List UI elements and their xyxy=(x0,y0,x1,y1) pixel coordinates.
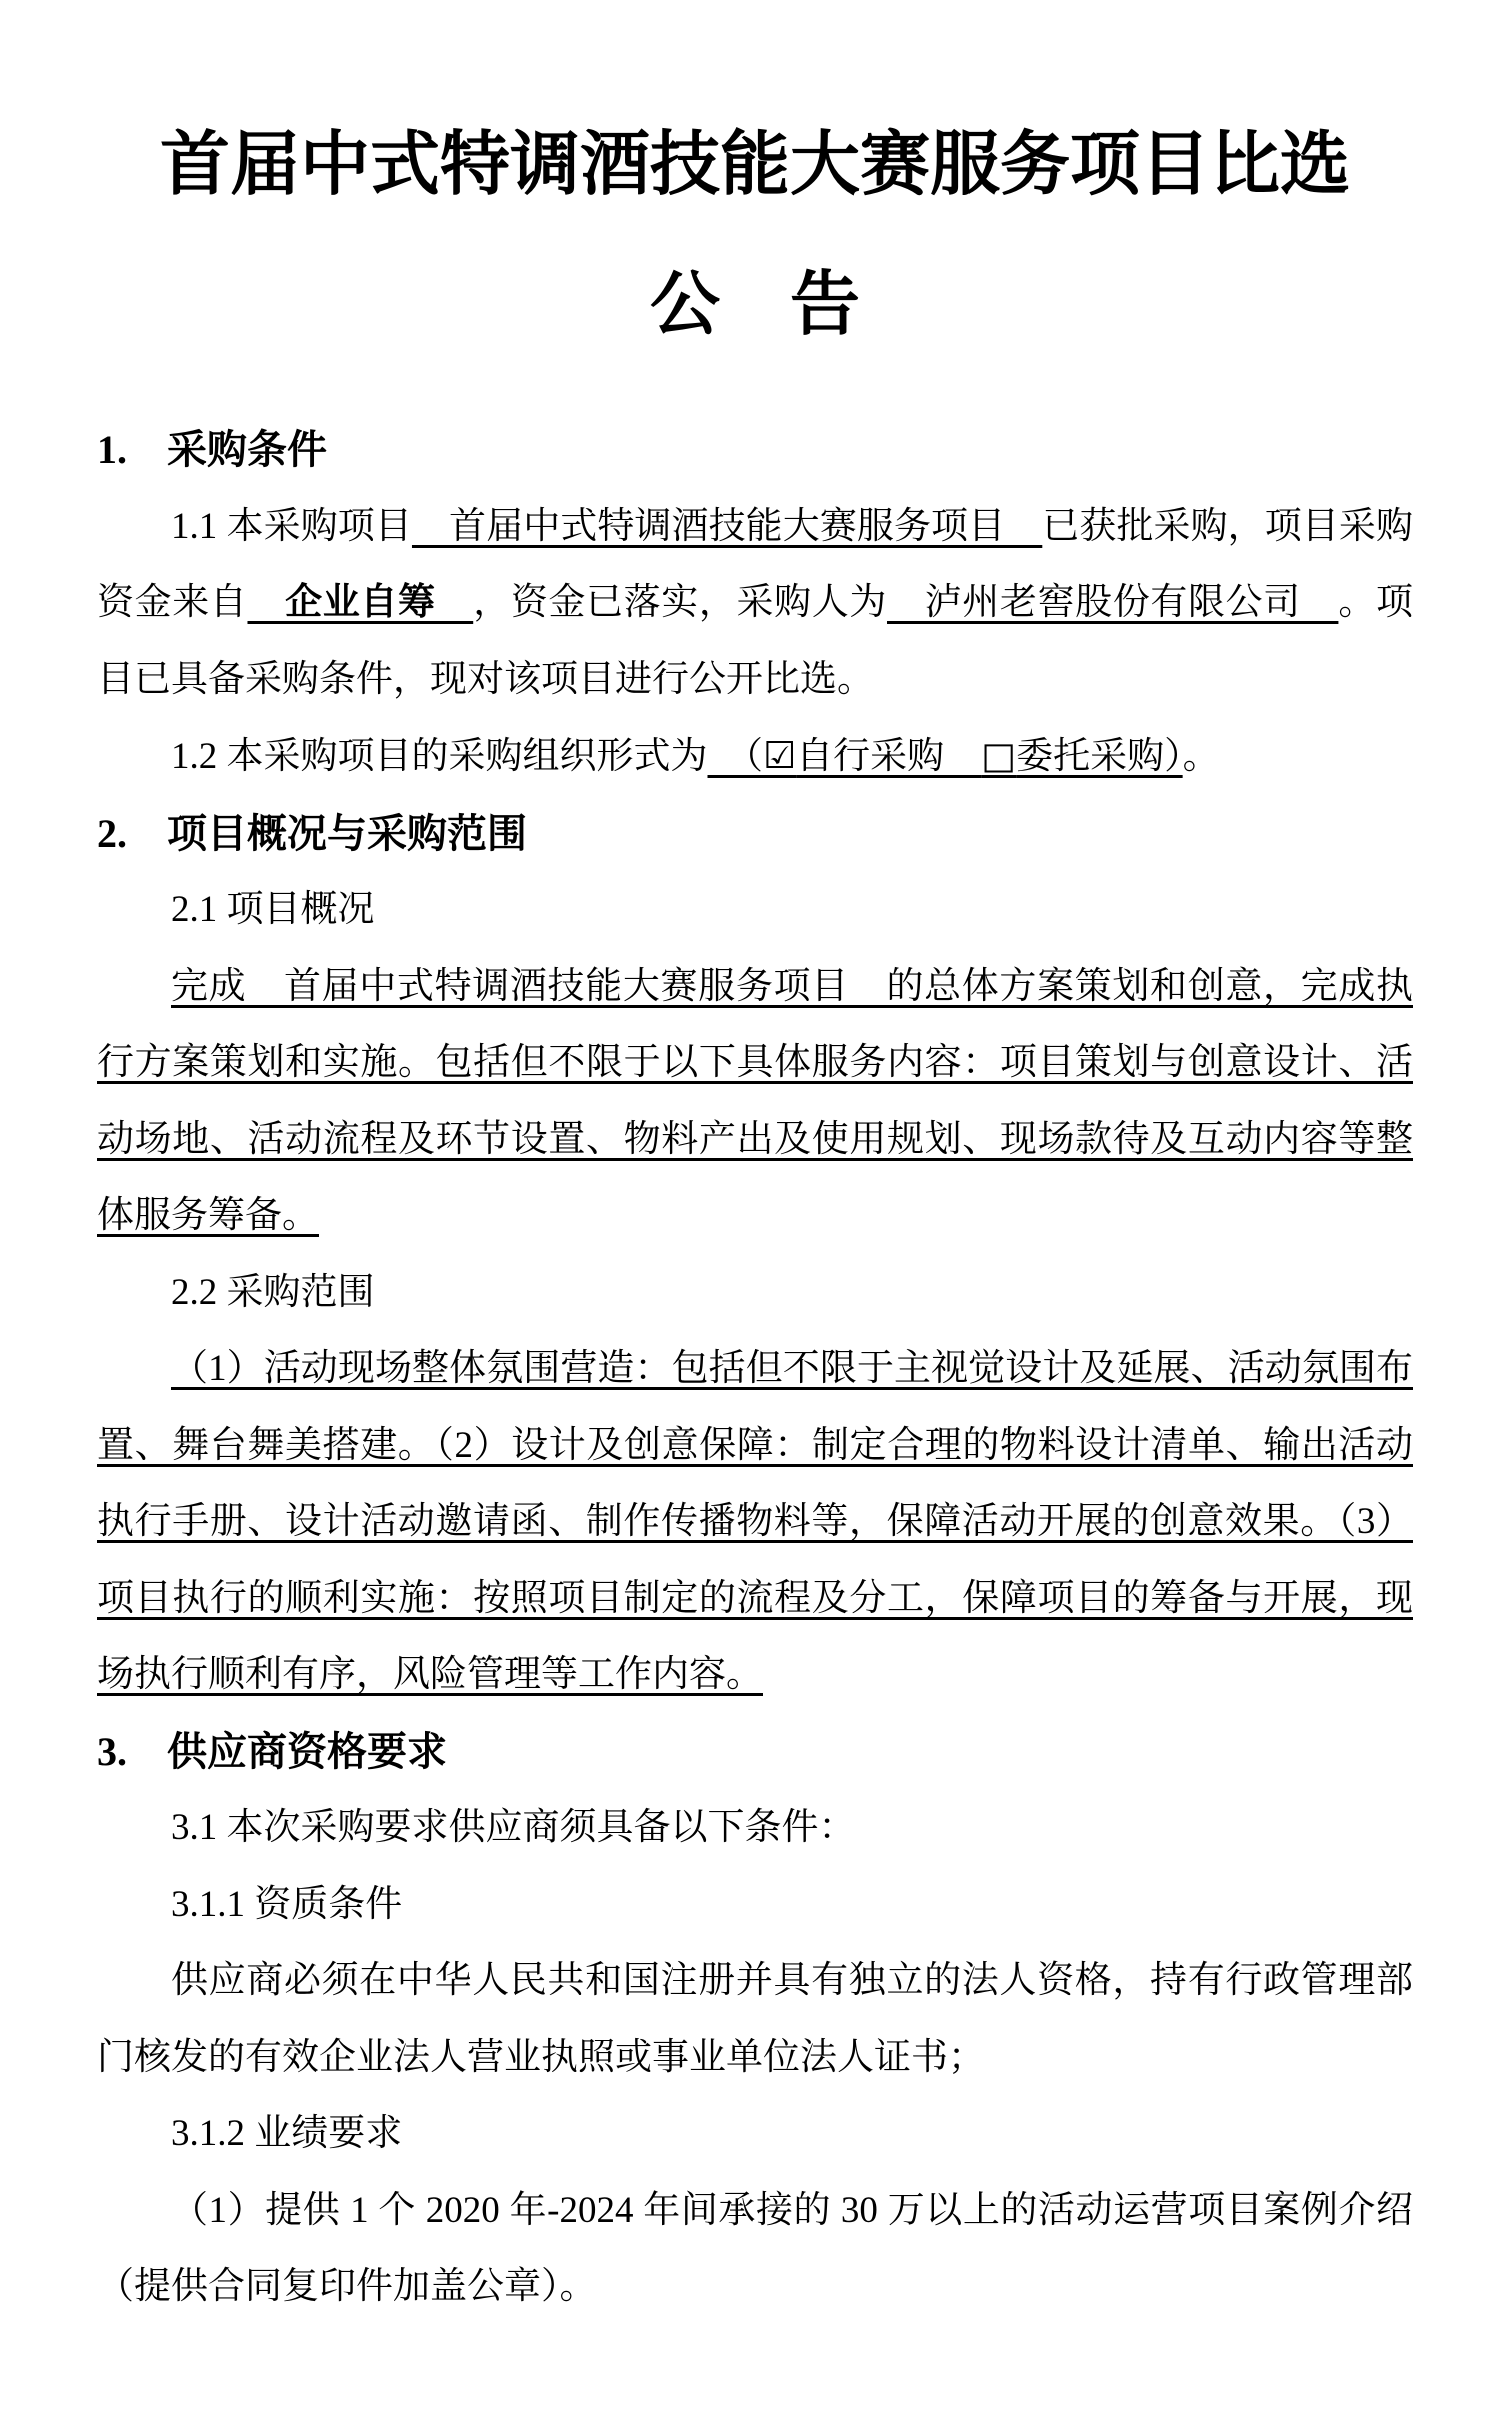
subsection-3-1-1-heading: 3.1.1 资质条件 xyxy=(97,1867,1413,1944)
funding-source-underline: 企业自筹 xyxy=(247,582,473,623)
entrusted-procurement-option-label: 委托采购） xyxy=(1016,736,1183,777)
section-1-heading: 1. 采购条件 xyxy=(97,412,1413,489)
subsection-2-1-heading: 2.1 项目概况 xyxy=(97,872,1413,949)
document-title: 首届中式特调酒技能大赛服务项目比选 xyxy=(97,96,1413,236)
purchaser-name-underline: 泸州老窖股份有限公司 xyxy=(887,582,1338,623)
paragraph-1-1-mid2: ，资金已落实，采购人为 xyxy=(473,582,887,623)
section-3-heading: 3. 供应商资格要求 xyxy=(97,1714,1413,1791)
document-body: 1. 采购条件 1.1 本采购项目 首届中式特调酒技能大赛服务项目 已获批采购，… xyxy=(97,412,1413,2326)
project-overview-underlined-text: 完成 首届中式特调酒技能大赛服务项目 的总体方案策划和创意，完成执行方案策划和实… xyxy=(97,966,1413,1237)
paragraph-3-1-1: 供应商必须在中华人民共和国注册并具有独立的法人资格，持有行政管理部门核发的有效企… xyxy=(97,1943,1413,2096)
procurement-form-open-paren: （ xyxy=(708,736,764,777)
announcement-label: 公 告 xyxy=(97,236,1413,376)
document-page: 首届中式特调酒技能大赛服务项目比选 公 告 1. 采购条件 1.1 本采购项目 … xyxy=(0,0,1500,2413)
paragraph-3-1-2: （1）提供 1 个 2020 年-2024 年间承接的 30 万以上的活动运营项… xyxy=(97,2173,1413,2326)
subsection-2-2-heading: 2.2 采购范围 xyxy=(97,1255,1413,1332)
self-procurement-option-label: 自行采购 xyxy=(796,736,981,777)
procurement-scope-underlined-text: （1）活动现场整体氛围营造：包括但不限于主视觉设计及延展、活动氛围布置、舞台舞美… xyxy=(97,1348,1413,1695)
project-name-underline: 首届中式特调酒技能大赛服务项目 xyxy=(412,506,1042,547)
paragraph-2-2: （1）活动现场整体氛围营造：包括但不限于主视觉设计及延展、活动氛围布置、舞台舞美… xyxy=(97,1331,1413,1714)
paragraph-1-2-period: 。 xyxy=(1183,736,1220,777)
section-2-heading: 2. 项目概况与采购范围 xyxy=(97,796,1413,873)
checked-checkbox-icon: ☑ xyxy=(763,734,796,777)
paragraph-1-2-lead: 1.2 本采购项目的采购组织形式为 xyxy=(171,736,708,777)
paragraph-3-1: 3.1 本次采购要求供应商须具备以下条件： xyxy=(97,1790,1413,1867)
paragraph-1-1: 1.1 本采购项目 首届中式特调酒技能大赛服务项目 已获批采购，项目采购资金来自… xyxy=(97,489,1413,719)
paragraph-2-1: 完成 首届中式特调酒技能大赛服务项目 的总体方案策划和创意，完成执行方案策划和实… xyxy=(97,949,1413,1255)
unchecked-checkbox-icon: □ xyxy=(981,734,1016,777)
paragraph-1-1-lead: 1.1 本采购项目 xyxy=(171,506,412,547)
subsection-3-1-2-heading: 3.1.2 业绩要求 xyxy=(97,2096,1413,2173)
paragraph-1-2: 1.2 本采购项目的采购组织形式为 （☑自行采购 □委托采购）。 xyxy=(97,718,1413,796)
